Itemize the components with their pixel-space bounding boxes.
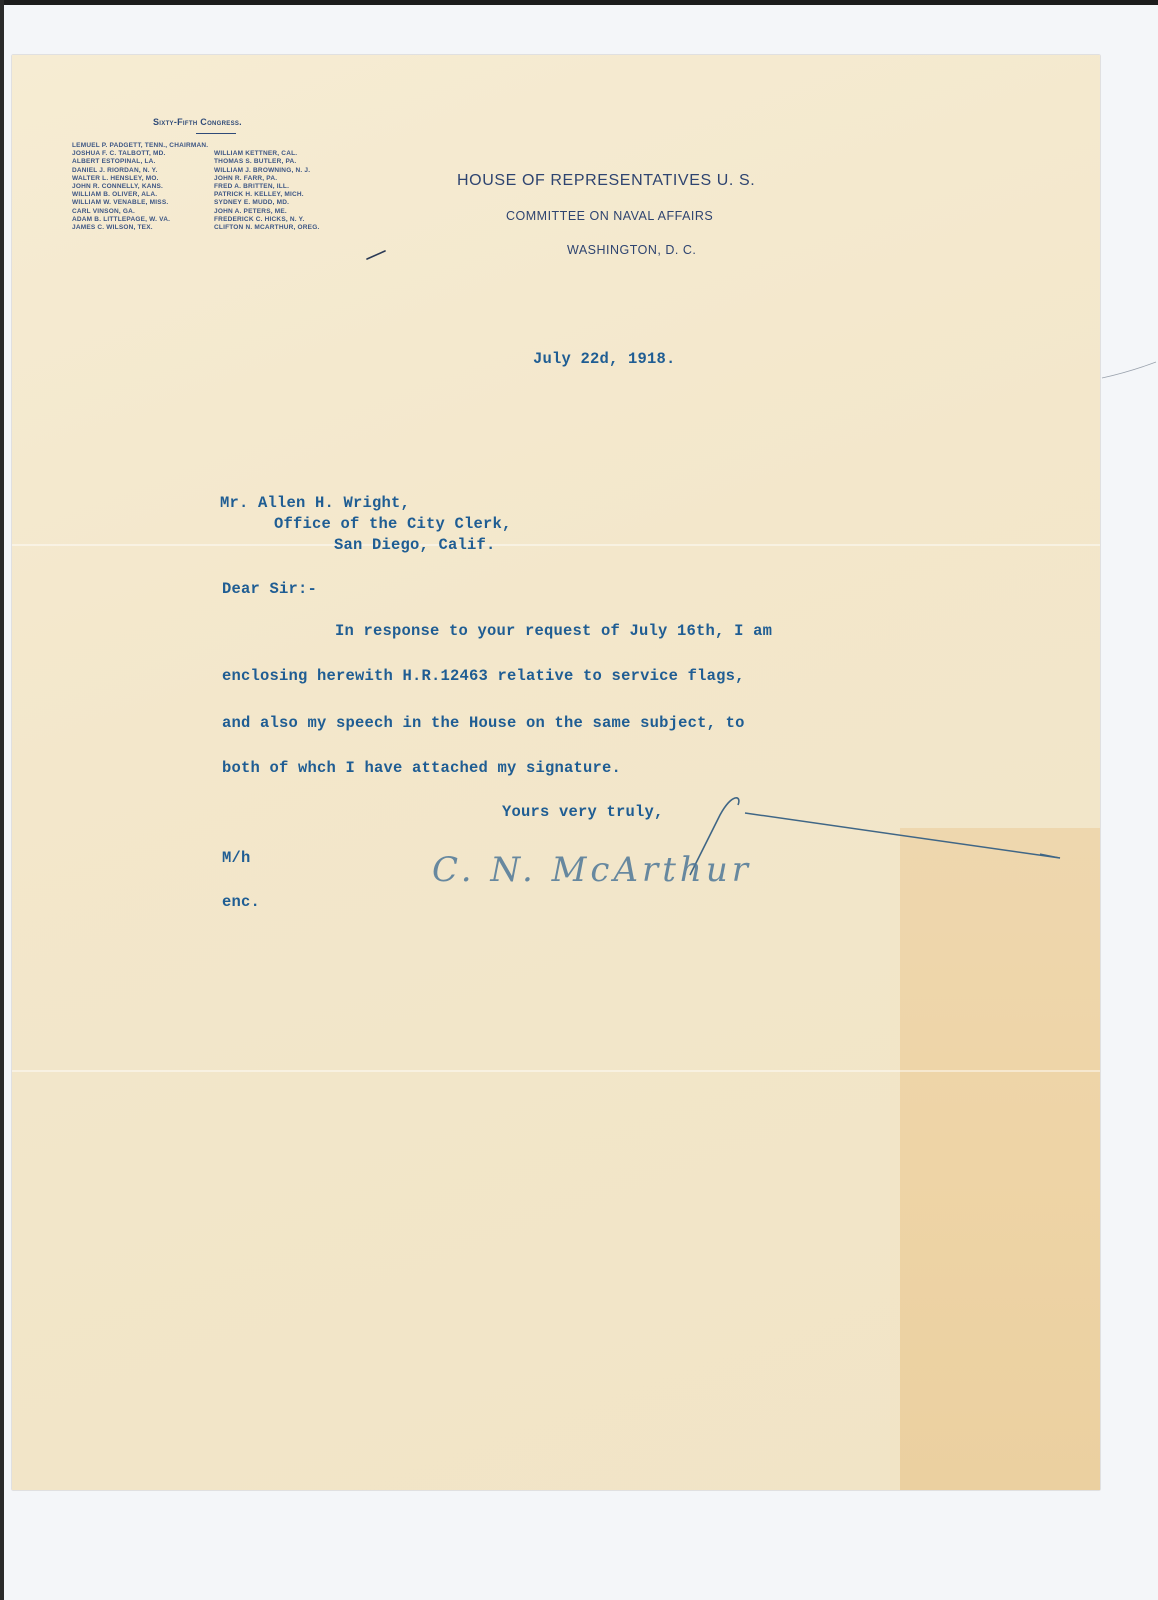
member: JOHN R. FARR, PA. xyxy=(214,175,277,183)
typist-initials: M/h xyxy=(222,849,251,867)
scan-top-edge xyxy=(0,0,1158,5)
divider xyxy=(196,133,236,134)
scan-left-edge xyxy=(0,0,4,1600)
letterhead-title: HOUSE OF REPRESENTATIVES U. S. xyxy=(457,172,755,190)
recipient-name: Mr. Allen H. Wright, xyxy=(220,494,410,512)
member: WILLIAM KETTNER, CAL. xyxy=(214,150,297,158)
pen-check-mark-icon xyxy=(366,250,386,260)
member-row: WALTER L. HENSLEY, MO.JOHN R. FARR, PA. xyxy=(72,175,372,183)
member: CLIFTON N. MCARTHUR, OREG. xyxy=(214,224,319,232)
member: WILLIAM W. VENABLE, MISS. xyxy=(72,199,214,207)
member: PATRICK H. KELLEY, MICH. xyxy=(214,191,304,199)
member: WALTER L. HENSLEY, MO. xyxy=(72,175,214,183)
recipient-office: Office of the City Clerk, xyxy=(274,515,512,533)
recipient-city: San Diego, Calif. xyxy=(334,536,496,554)
body-line: enclosing herewith H.R.12463 relative to… xyxy=(222,667,745,685)
member: CARL VINSON, GA. xyxy=(72,208,214,216)
member-row: JOSHUA F. C. TALBOTT, MD.WILLIAM KETTNER… xyxy=(72,150,372,158)
member-row: WILLIAM W. VENABLE, MISS.SYDNEY E. MUDD,… xyxy=(72,199,372,207)
member: WILLIAM B. OLIVER, ALA. xyxy=(72,191,214,199)
letter-date: July 22d, 1918. xyxy=(533,350,676,368)
body-line: and also my speech in the House on the s… xyxy=(222,714,745,732)
member: FREDERICK C. HICKS, N. Y. xyxy=(214,216,304,224)
member-row: ALBERT ESTOPINAL, LA.THOMAS S. BUTLER, P… xyxy=(72,158,372,166)
member: WILLIAM J. BROWNING, N. J. xyxy=(214,167,310,175)
member: DANIEL J. RIORDAN, N. Y. xyxy=(72,167,214,175)
member-row: JAMES C. WILSON, TEX.CLIFTON N. MCARTHUR… xyxy=(72,224,372,232)
member-row: ADAM B. LITTLEPAGE, W. VA.FREDERICK C. H… xyxy=(72,216,372,224)
chairman-row: LEMUEL P. PADGETT, TENN., CHAIRMAN. xyxy=(72,142,372,150)
member: JOSHUA F. C. TALBOTT, MD. xyxy=(72,150,214,158)
member: JOHN R. CONNELLY, KANS. xyxy=(72,183,214,191)
salutation: Dear Sir:- xyxy=(222,580,317,598)
member: SYDNEY E. MUDD, MD. xyxy=(214,199,289,207)
handwritten-signature: C. N. McArthur xyxy=(432,850,752,890)
fold-line xyxy=(12,544,1100,546)
member-row: WILLIAM B. OLIVER, ALA.PATRICK H. KELLEY… xyxy=(72,191,372,199)
body-line: both of whch I have attached my signatur… xyxy=(222,759,621,777)
member: ADAM B. LITTLEPAGE, W. VA. xyxy=(72,216,214,224)
paper-stain xyxy=(900,828,1100,1490)
member-row: DANIEL J. RIORDAN, N. Y.WILLIAM J. BROWN… xyxy=(72,167,372,175)
letterhead-committee: COMMITTEE ON NAVAL AFFAIRS xyxy=(506,209,713,223)
member: JOHN A. PETERS, ME. xyxy=(214,208,287,216)
edge-curl-mark-icon xyxy=(1100,360,1158,390)
congress-heading: Sixty-Fifth Congress. xyxy=(153,117,242,127)
chairman: LEMUEL P. PADGETT, TENN., CHAIRMAN. xyxy=(72,142,208,150)
member: JAMES C. WILSON, TEX. xyxy=(72,224,214,232)
member: ALBERT ESTOPINAL, LA. xyxy=(72,158,214,166)
body-line: In response to your request of July 16th… xyxy=(335,622,772,640)
letterhead-city: WASHINGTON, D. C. xyxy=(567,243,696,257)
committee-member-list: LEMUEL P. PADGETT, TENN., CHAIRMAN. JOSH… xyxy=(72,142,372,232)
member-row: CARL VINSON, GA.JOHN A. PETERS, ME. xyxy=(72,208,372,216)
fold-line xyxy=(12,1070,1100,1072)
enclosure-note: enc. xyxy=(222,893,260,911)
member: FRED A. BRITTEN, ILL. xyxy=(214,183,289,191)
member-row: JOHN R. CONNELLY, KANS.FRED A. BRITTEN, … xyxy=(72,183,372,191)
member: THOMAS S. BUTLER, PA. xyxy=(214,158,296,166)
